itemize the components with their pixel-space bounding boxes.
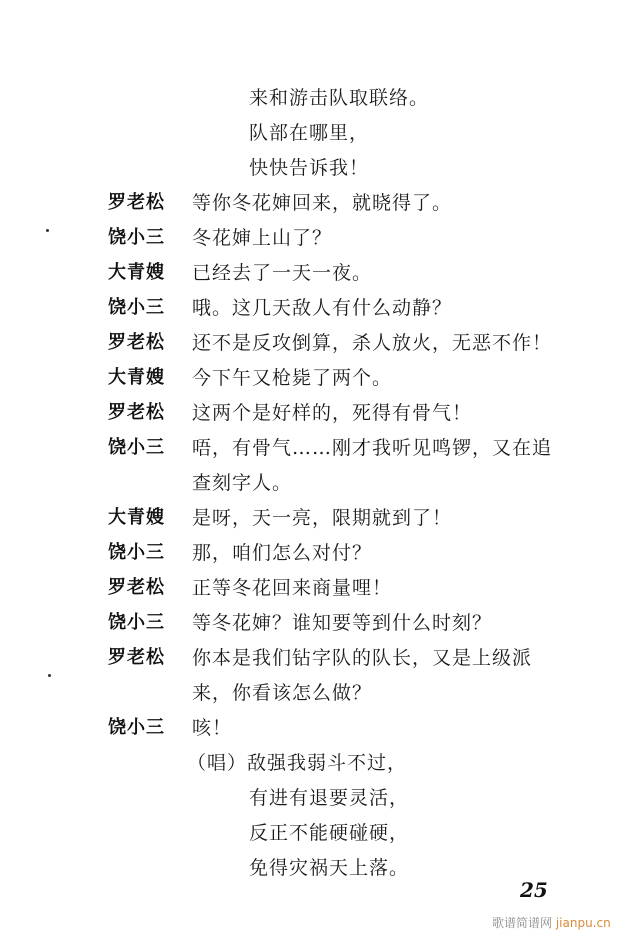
verse-line: 来和游击队取联络。 (0, 83, 640, 113)
line-text: 免得灾祸天上落。 (249, 853, 409, 883)
line-text: 来和游击队取联络。 (249, 83, 429, 113)
speaker-name: 大青嫂 (108, 258, 178, 288)
line-text: 有进有退要灵活， (249, 783, 409, 813)
scan-speck (46, 229, 49, 232)
speaker-name: 大青嫂 (108, 503, 178, 533)
speaker-name: 饶小三 (108, 293, 178, 323)
line-text: 咳！ (192, 713, 232, 743)
speaker-name: 饶小三 (108, 608, 178, 638)
dialogue-line: 饶小三 等冬花婶？谁知要等到什么时刻？ (0, 608, 640, 638)
speaker-name: 饶小三 (108, 223, 178, 253)
watermark-url: jianpu.cn (556, 916, 611, 930)
dialogue-line: 大青嫂 已经去了一天一夜。 (0, 258, 640, 288)
line-text: 查刻字人。 (192, 468, 292, 498)
verse-line: 队部在哪里， (0, 118, 640, 148)
speaker-name: 饶小三 (108, 538, 178, 568)
dialogue-line: 饶小三 唔，有骨气……刚才我听见鸣锣，又在追 (0, 433, 640, 463)
speaker-name: 罗老松 (108, 398, 178, 428)
line-text: 等你冬花婶回来，就晓得了。 (192, 188, 452, 218)
dialogue-line: 罗老松 你本是我们钻字队的队长，又是上级派 (0, 643, 640, 673)
line-text: 来，你看该怎么做？ (192, 678, 372, 708)
speaker-name: 大青嫂 (108, 363, 178, 393)
line-text: 冬花婶上山了？ (192, 223, 332, 253)
watermark: 歌谱简谱网 jianpu.cn (492, 914, 611, 931)
dialogue-line: 罗老松 等你冬花婶回来，就晓得了。 (0, 188, 640, 218)
dialogue-continuation: 查刻字人。 (0, 468, 640, 498)
line-text: 队部在哪里， (249, 118, 369, 148)
speaker-name: 罗老松 (108, 643, 178, 673)
speaker-name: 罗老松 (108, 573, 178, 603)
scan-speck (48, 674, 51, 677)
line-text: 快快告诉我！ (249, 153, 369, 183)
line-text: 唔，有骨气……刚才我听见鸣锣，又在追 (192, 433, 552, 463)
dialogue-line: 饶小三 哦。这几天敌人有什么动静？ (0, 293, 640, 323)
verse-line: 快快告诉我！ (0, 153, 640, 183)
dialogue-line: 饶小三 冬花婶上山了？ (0, 223, 640, 253)
speaker-name: 饶小三 (108, 713, 178, 743)
dialogue-line: 罗老松 这两个是好样的，死得有骨气！ (0, 398, 640, 428)
line-text: 还不是反攻倒算，杀人放火，无恶不作！ (192, 328, 552, 358)
sung-verse-line: （唱）敌强我弱斗不过， (0, 748, 640, 778)
dialogue-line: 饶小三 咳！ (0, 713, 640, 743)
dialogue-line: 罗老松 正等冬花回来商量哩！ (0, 573, 640, 603)
dialogue-continuation: 来，你看该怎么做？ (0, 678, 640, 708)
verse-line: 反正不能硬碰硬， (0, 818, 640, 848)
speaker-name: 饶小三 (108, 433, 178, 463)
line-text: 你本是我们钻字队的队长，又是上级派 (192, 643, 532, 673)
dialogue-line: 罗老松 还不是反攻倒算，杀人放火，无恶不作！ (0, 328, 640, 358)
script-page: 来和游击队取联络。 队部在哪里， 快快告诉我！ 罗老松 等你冬花婶回来，就晓得了… (0, 0, 640, 941)
line-text: 是呀，天一亮，限期就到了！ (192, 503, 452, 533)
watermark-site-name: 歌谱简谱网 (492, 916, 552, 930)
speaker-name: 罗老松 (108, 188, 178, 218)
line-text: 今下午又枪毙了两个。 (192, 363, 392, 393)
line-text: 正等冬花回来商量哩！ (192, 573, 392, 603)
line-text: 那，咱们怎么对付？ (192, 538, 372, 568)
dialogue-line: 大青嫂 今下午又枪毙了两个。 (0, 363, 640, 393)
speaker-name: 罗老松 (108, 328, 178, 358)
line-text: 哦。这几天敌人有什么动静？ (192, 293, 452, 323)
line-text: 反正不能硬碰硬， (249, 818, 409, 848)
line-text: 等冬花婶？谁知要等到什么时刻？ (192, 608, 492, 638)
dialogue-line: 大青嫂 是呀，天一亮，限期就到了！ (0, 503, 640, 533)
line-text: （唱）敌强我弱斗不过， (187, 748, 407, 778)
line-text: 已经去了一天一夜。 (192, 258, 372, 288)
page-number: 25 (520, 878, 548, 902)
line-text: 这两个是好样的，死得有骨气！ (192, 398, 472, 428)
dialogue-line: 饶小三 那，咱们怎么对付？ (0, 538, 640, 568)
verse-line: 有进有退要灵活， (0, 783, 640, 813)
